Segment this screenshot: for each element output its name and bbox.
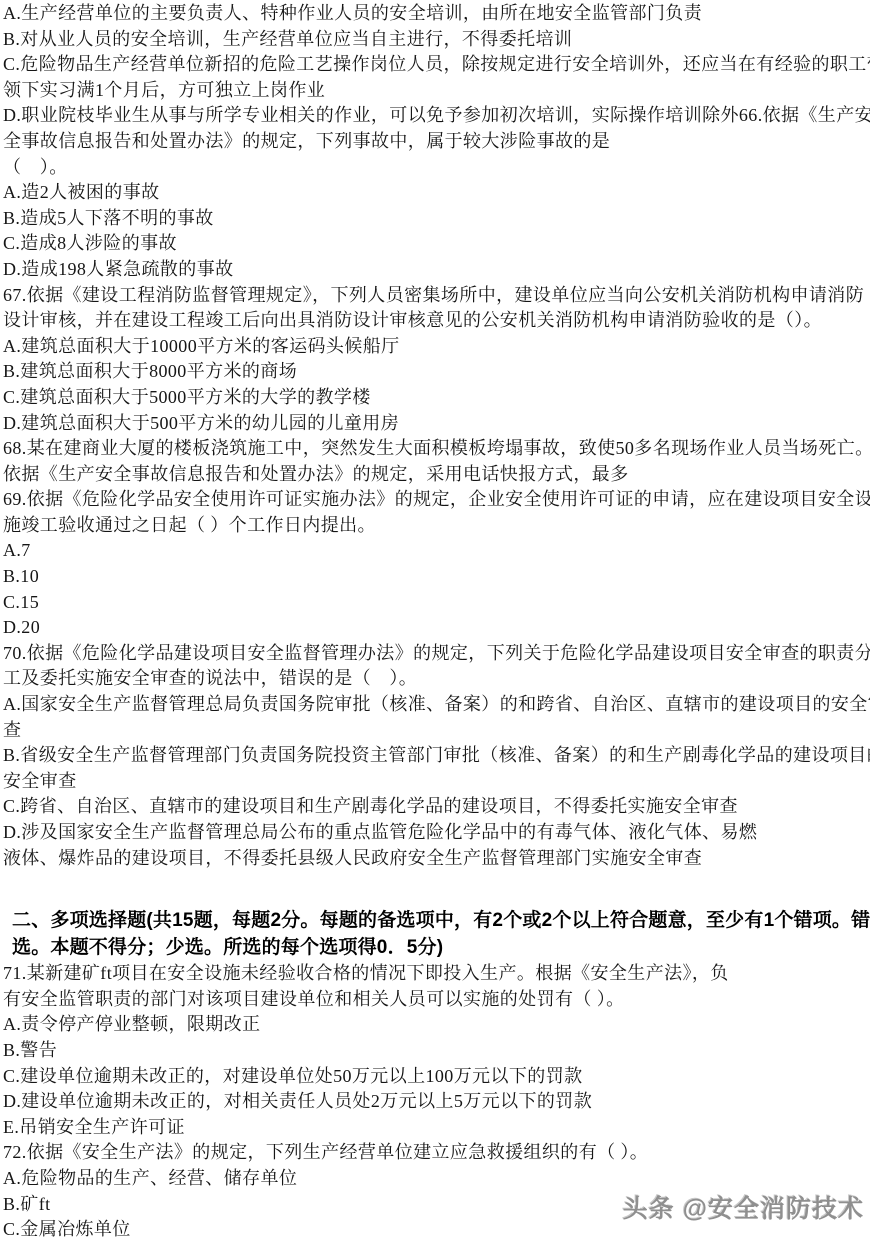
text-line: B.对从业人员的安全培训，生产经营单位应当自主进行，不得委托培训	[3, 27, 870, 53]
text-line: 72.依据《安全生产法》的规定，下列生产经营单位建立应急救援组织的有（ ）。	[3, 1140, 870, 1166]
text-line: B.10	[3, 564, 870, 590]
section-heading-line: 选。本题不得分；少选。所选的每个选项得0．5分)	[3, 934, 870, 961]
text-line: D.建设单位逾期未改正的，对相关责任人员处2万元以上5万元以下的罚款	[3, 1089, 870, 1115]
text-line: B.省级安全生产监督管理部门负责国务院投资主管部门审批（核准、备案）的和生产剧毒…	[3, 743, 870, 769]
text-line: 71.某新建矿ft项目在安全设施未经验收合格的情况下即投入生产。根据《安全生产法…	[3, 961, 870, 987]
text-line: D.涉及国家安全生产监督管理总局公布的重点监管危险化学品中的有毒气体、液化气体、…	[3, 820, 870, 846]
section-heading-line: 二、多项选择题(共15题，每题2分。每题的备选项中，有2个或2个以上符合题意，至…	[3, 907, 870, 934]
text-line: 工及委托实施安全审查的说法中，错误的是（ ）。	[3, 666, 870, 692]
text-line: 设计审核，并在建设工程竣工后向出具消防设计审核意见的公安机关消防机构申请消防验收…	[3, 308, 870, 334]
text-line: 液体、爆炸品的建设项目，不得委托县级人民政府安全生产监督管理部门实施安全审查	[3, 846, 870, 872]
text-line: C.造成8人涉险的事故	[3, 231, 870, 257]
blank-line	[3, 871, 870, 907]
text-line: A.生产经营单位的主要负责人、特种作业人员的安全培训，由所在地安全监管部门负责	[3, 1, 870, 27]
text-line: （ ）。	[3, 155, 870, 181]
text-line: C.建设单位逾期未改正的，对建设单位处50万元以上100万元以下的罚款	[3, 1064, 870, 1090]
text-line: D.建筑总面积大于500平方米的幼儿园的儿童用房	[3, 411, 870, 437]
text-line: 查	[3, 718, 870, 744]
text-line: B.警告	[3, 1038, 870, 1064]
text-line: 依据《生产安全事故信息报告和处置办法》的规定，采用电话快报方式，最多	[3, 462, 870, 488]
text-line: 67.依据《建设工程消防监督管理规定》，下列人员密集场所中，建设单位应当向公安机…	[3, 283, 870, 309]
text-line: 有安全监管职责的部门对该项目建设单位和相关人员可以实施的处罚有（ ）。	[3, 987, 870, 1013]
text-line: A.建筑总面积大于10000平方米的客运码头候船厅	[3, 334, 870, 360]
text-line: B.建筑总面积大于8000平方米的商场	[3, 359, 870, 385]
text-line: E.吊销安全生产许可证	[3, 1115, 870, 1141]
text-line: D.职业院枝毕业生从事与所学专业相关的作业，可以免予参加初次培训，实际操作培训除…	[3, 103, 870, 129]
text-line: 68.某在建商业大厦的楼板浇筑施工中，突然发生大面积模板垮塌事故，致使50多名现…	[3, 436, 870, 462]
text-line: C.跨省、自治区、直辖市的建设项目和生产剧毒化学品的建设项目，不得委托实施安全审…	[3, 794, 870, 820]
text-line: A.危险物品的生产、经营、储存单位	[3, 1166, 870, 1192]
text-line: D.造成198人紧急疏散的事故	[3, 257, 870, 283]
text-line: C.建筑总面积大于5000平方米的大学的教学楼	[3, 385, 870, 411]
toutiao-watermark: 头条 @安全消防技术	[623, 1189, 864, 1225]
text-line: A.造2人被困的事故	[3, 180, 870, 206]
text-line: 安全审查	[3, 769, 870, 795]
text-line: B.造成5人下落不明的事故	[3, 206, 870, 232]
text-line: D.20	[3, 615, 870, 641]
exam-text-block: A.生产经营单位的主要负责人、特种作业人员的安全培训，由所在地安全监管部门负责B…	[3, 1, 870, 1240]
text-line: 全事故信息报告和处置办法》的规定，下列事故中，属于较大涉险事故的是	[3, 129, 870, 155]
text-line: 70.依据《危险化学品建设项目安全监督管理办法》的规定，下列关于危险化学品建设项…	[3, 641, 870, 667]
text-line: C.15	[3, 590, 870, 616]
text-line: 领下实习满1个月后，方可独立上岗作业	[3, 78, 870, 104]
text-line: A.国家安全生产监督管理总局负责国务院审批（核准、备案）的和跨省、自治区、直辖市…	[3, 692, 870, 718]
text-line: 施竣工验收通过之日起（ ）个工作日内提出。	[3, 513, 870, 539]
exam-document-page: A.生产经营单位的主要负责人、特种作业人员的安全培训，由所在地安全监管部门负责B…	[0, 0, 872, 1240]
text-line: C.危险物品生产经营单位新招的危险工艺操作岗位人员，除按规定进行安全培训外，还应…	[3, 52, 870, 78]
text-line: A.责令停产停业整顿，限期改正	[3, 1012, 870, 1038]
text-line: 69.依据《危险化学品安全使用许可证实施办法》的规定，企业安全使用许可证的申请，…	[3, 487, 870, 513]
text-line: A.7	[3, 538, 870, 564]
